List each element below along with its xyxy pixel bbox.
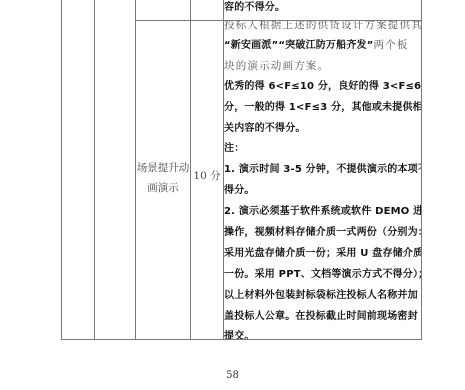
document-page: 容的不得分。 场景提升动 画演示 10 分 投标人根据上述的供货设计方案提供其中… (0, 0, 465, 390)
table-bottom-border (61, 339, 422, 340)
item-name-line-1: 场景提升动 (136, 158, 190, 178)
item-score: 10 分 (191, 168, 223, 183)
criteria-line-14: 以上材料外包装封标袋标注投标人名称并加 (224, 286, 418, 307)
criteria-line-9: 得分。 (224, 181, 255, 202)
table-col-line-6 (421, 0, 422, 340)
criteria-line-10: 2. 演示必须基于软件系统或软件 DEMO 进行 (224, 202, 421, 223)
criteria-line-4: 优秀的得 6<F≤10 分，良好的得 3<F≤6 (224, 77, 421, 98)
criteria-line-2-tail: 两个板 (374, 39, 409, 51)
table-col-line-1 (61, 0, 62, 340)
prev-row-criteria-tail: 容的不得分。 (224, 0, 421, 19)
criteria-line-8: 1. 演示时间 3-5 分钟，不提供演示的本项不 (224, 160, 421, 181)
criteria-line-3: 块的演示动画方案。 (224, 56, 329, 77)
item-name: 场景提升动 画演示 (136, 158, 190, 198)
criteria-line-6: 关内容的不得分。 (224, 119, 306, 140)
page-number: 58 (0, 370, 465, 381)
criteria-line-11: 操作，视频材料存储介质一式两份（分别为： (224, 223, 421, 244)
criteria-highlight-titles: “新安画派”“突破江防万船齐发” (224, 40, 374, 51)
item-name-line-2: 画演示 (136, 178, 190, 198)
criteria-line-2: “新安画派”“突破江防万船齐发”两个板 (224, 35, 409, 57)
criteria-line-7: 注： (224, 139, 244, 160)
table-col-line-2 (94, 0, 95, 340)
criteria-line-1: 投标人根据上述的供货设计方案提供其中 (224, 21, 421, 36)
criteria-line-15: 盖投标人公章。在投标截止时间前现场密封 (224, 307, 418, 328)
criteria-line-16: 提交。 (224, 327, 255, 339)
criteria-line-5: 分，一般的得 1<F≤3 分，其他或未提供相 (224, 98, 421, 119)
criteria-cell: 投标人根据上述的供货设计方案提供其中 “新安画派”“突破江防万船齐发”两个板 块… (224, 21, 421, 339)
criteria-line-12: 采用光盘存储介质一份；采用 U 盘存储介质 (224, 244, 421, 265)
criteria-line-13: 一份。采用 PPT、文档等演示方式不得分）； (224, 265, 421, 286)
